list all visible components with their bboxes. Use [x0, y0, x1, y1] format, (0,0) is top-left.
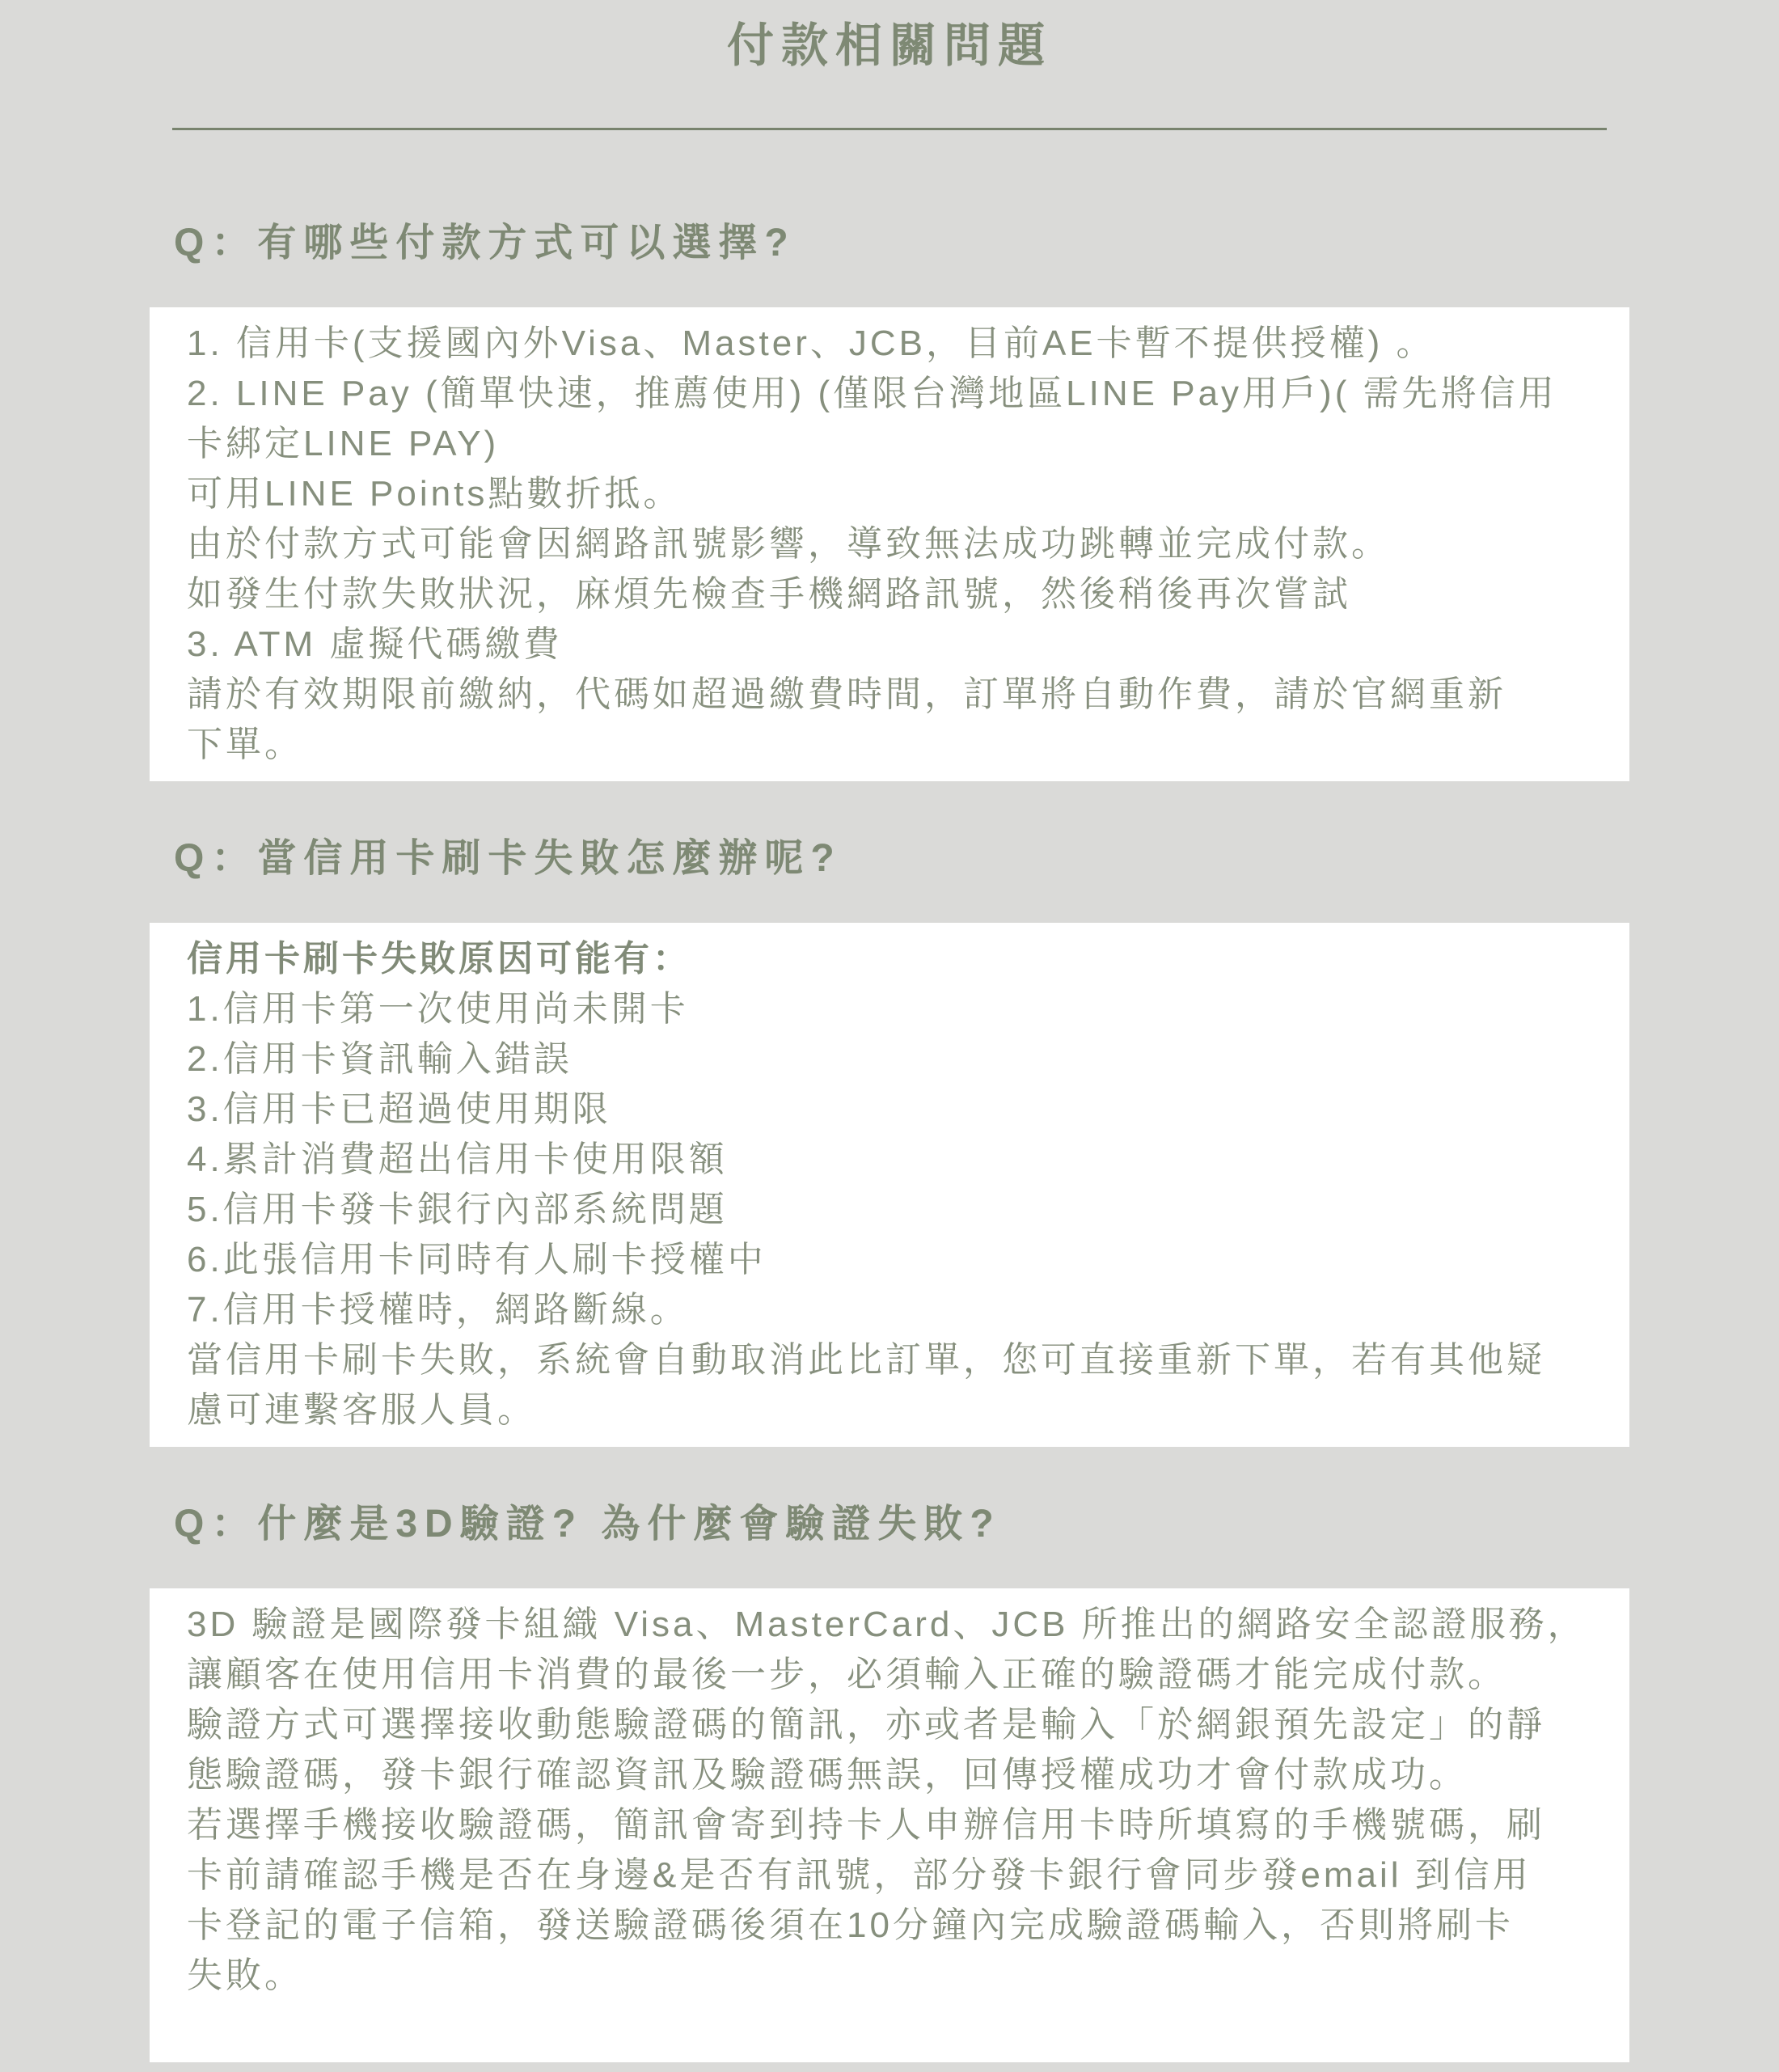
answer-card: 3D 驗證是國際發卡組織 Visa、MasterCard、JCB 所推出的網路安… [150, 1588, 1629, 2062]
answer-line: 態驗證碼，發卡銀行確認資訊及驗證碼無誤，回傳授權成功才會付款成功。 [187, 1750, 1592, 1800]
answer-line: 6.此張信用卡同時有人刷卡授權中 [187, 1235, 1592, 1285]
answer-line: 慮可連繫客服人員。 [187, 1385, 1592, 1436]
answer-line: 信用卡刷卡失敗原因可能有： [187, 934, 1592, 984]
answer-line: 1. 信用卡(支援國內外Visa、Master、JCB，目前AE卡暫不提供授權)… [187, 319, 1592, 369]
answer-line: 卡綁定LINE PAY) [187, 419, 1592, 469]
answer-line: 卡登記的電子信箱，發送驗證碼後須在10分鐘內完成驗證碼輸入，否則將刷卡 [187, 1901, 1592, 1951]
answer-line: 請於有效期限前繳納，代碼如超過繳費時間，訂單將自動作費，請於官網重新 [187, 670, 1592, 720]
answer-line: 下單。 [187, 720, 1592, 770]
answer-line: 5.信用卡發卡銀行內部系統問題 [187, 1185, 1592, 1235]
answer-line: 3D 驗證是國際發卡組織 Visa、MasterCard、JCB 所推出的網路安… [187, 1600, 1592, 1650]
answer-line: 7.信用卡授權時，網路斷線。 [187, 1285, 1592, 1335]
question-heading: Q：什麼是3D驗證? 為什麼會驗證失敗? [150, 1499, 1629, 1550]
answer-line: 4.累計消費超出信用卡使用限額 [187, 1135, 1592, 1185]
answer-line: 驗證方式可選擇接收動態驗證碼的簡訊，亦或者是輸入「於網銀預先設定」的靜 [187, 1700, 1592, 1750]
answer-line: 3. ATM 虛擬代碼繳費 [187, 619, 1592, 670]
question-heading: Q：有哪些付款方式可以選擇? [150, 218, 1629, 269]
faq-section-card-failure: Q：當信用卡刷卡失敗怎麼辦呢? 信用卡刷卡失敗原因可能有： 1.信用卡第一次使用… [150, 834, 1629, 1447]
answer-line: 當信用卡刷卡失敗，系統會自動取消此比訂單，您可直接重新下單，若有其他疑 [187, 1335, 1592, 1385]
answer-line: 卡前請確認手機是否在身邊&是否有訊號，部分發卡銀行會同步發email 到信用 [187, 1850, 1592, 1901]
answer-line: 若選擇手機接收驗證碼，簡訊會寄到持卡人申辦信用卡時所填寫的手機號碼，刷 [187, 1800, 1592, 1850]
answer-line: 如發生付款失敗狀況，麻煩先檢查手機網路訊號，然後稍後再次嘗試 [187, 569, 1592, 619]
faq-page: 付款相關問題 Q：有哪些付款方式可以選擇? 1. 信用卡(支援國內外Visa、M… [0, 19, 1779, 2062]
answer-line: 2.信用卡資訊輸入錯誤 [187, 1034, 1592, 1085]
content-container: Q：有哪些付款方式可以選擇? 1. 信用卡(支援國內外Visa、Master、J… [150, 218, 1629, 2062]
question-heading: Q：當信用卡刷卡失敗怎麼辦呢? [150, 834, 1629, 884]
answer-line: 1.信用卡第一次使用尚未開卡 [187, 984, 1592, 1034]
answer-line: 2. LINE Pay (簡單快速，推薦使用) (僅限台灣地區LINE Pay用… [187, 369, 1592, 419]
faq-section-payment-methods: Q：有哪些付款方式可以選擇? 1. 信用卡(支援國內外Visa、Master、J… [150, 218, 1629, 781]
answer-card: 信用卡刷卡失敗原因可能有： 1.信用卡第一次使用尚未開卡 2.信用卡資訊輸入錯誤… [150, 923, 1629, 1447]
answer-line: 3.信用卡已超過使用期限 [187, 1085, 1592, 1135]
page-title: 付款相關問題 [0, 19, 1779, 73]
answer-line: 可用LINE Points點數折抵。 [187, 469, 1592, 519]
title-divider [172, 128, 1607, 130]
answer-line: 讓顧客在使用信用卡消費的最後一步，必須輸入正確的驗證碼才能完成付款。 [187, 1650, 1592, 1700]
answer-line: 由於付款方式可能會因網路訊號影響，導致無法成功跳轉並完成付款。 [187, 519, 1592, 569]
answer-line: 失敗。 [187, 1951, 1592, 2001]
answer-card: 1. 信用卡(支援國內外Visa、Master、JCB，目前AE卡暫不提供授權)… [150, 307, 1629, 781]
faq-section-3d-verification: Q：什麼是3D驗證? 為什麼會驗證失敗? 3D 驗證是國際發卡組織 Visa、M… [150, 1499, 1629, 2062]
